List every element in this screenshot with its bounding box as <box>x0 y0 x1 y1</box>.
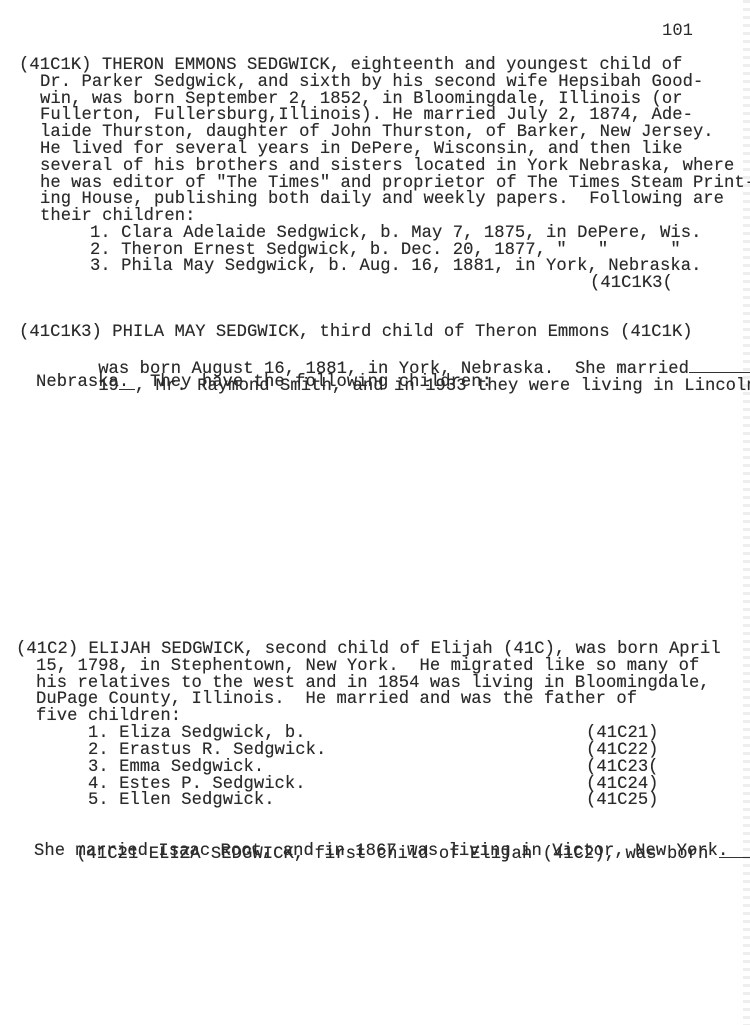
child-list-item: 3. Phila May Sedgwick, b. Aug. 16, 1881,… <box>90 258 702 275</box>
entry-line: Nebraska. They have the following childr… <box>36 374 492 391</box>
page-number: 101 <box>662 22 693 41</box>
entry-line: Dr. Parker Sedgwick, and sixth by his se… <box>40 74 703 91</box>
entry-line: He lived for several years in DePere, Wi… <box>40 141 683 158</box>
entry-line: Fullerton, Fullersburg,Illinois). He mar… <box>40 107 693 124</box>
entry-line: laide Thurston, daughter of John Thursto… <box>40 124 714 141</box>
entry-line: 15, 1798, in Stephentown, New York. He m… <box>36 658 699 675</box>
entry-line: She married Isaac Root, and in 1867 was … <box>34 843 728 860</box>
child-list-item: 1. Eliza Sedgwick, b. <box>88 725 306 742</box>
child-reference: (41C1K3( <box>590 275 673 292</box>
child-list-item: 3. Emma Sedgwick. <box>88 759 264 776</box>
child-reference: (41C25) <box>586 792 659 809</box>
child-list-item: 2. Erastus R. Sedgwick. <box>88 742 326 759</box>
entry-line: DuPage County, Illinois. He married and … <box>36 691 637 708</box>
entry-line: (41C2) ELIJAH SEDGWICK, second child of … <box>16 641 721 658</box>
entry-line: several of his brothers and sisters loca… <box>40 158 734 175</box>
entry-line: (41C1K3) PHILA MAY SEDGWICK, third child… <box>19 324 693 341</box>
child-reference: (41C22) <box>586 742 659 759</box>
entry-line: five children: <box>36 708 181 725</box>
entry-line: their children: <box>40 208 195 225</box>
child-reference: (41C23( <box>586 759 659 776</box>
document-page: 101 (41C1K) THERON EMMONS SEDGWICK, eigh… <box>0 0 750 1025</box>
entry-line: (41C1K) THERON EMMONS SEDGWICK, eighteen… <box>19 57 682 74</box>
entry-line: ing House, publishing both daily and wee… <box>40 191 724 208</box>
child-reference: (41C21) <box>586 725 659 742</box>
child-list-item: 5. Ellen Sedgwick. <box>88 792 275 809</box>
child-list-item: 1. Clara Adelaide Sedgwick, b. May 7, 18… <box>90 225 702 242</box>
